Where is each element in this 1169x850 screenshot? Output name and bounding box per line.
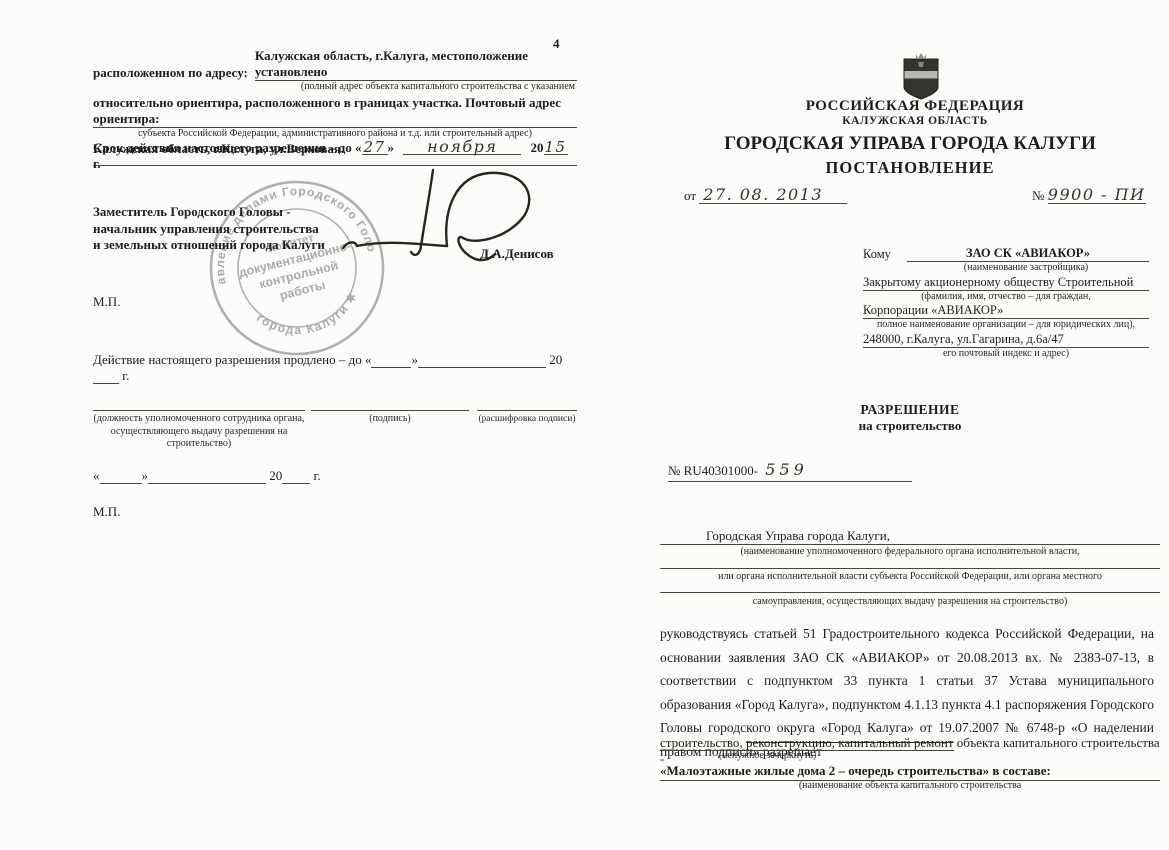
address-label: расположенном по адресу: xyxy=(93,65,248,81)
prolong-suffix: г. xyxy=(122,368,129,383)
authority-name: ГОРОДСКАЯ УПРАВА ГОРОДА КАЛУГИ xyxy=(660,133,1160,155)
permit-number-label: № RU40301000- xyxy=(668,463,758,478)
address-caption-1: (полный адрес объекта капитального строи… xyxy=(93,81,577,94)
date-label: от xyxy=(684,188,696,203)
validity-month-handwritten: ноября xyxy=(403,140,521,155)
issuer-caption-3: самоуправления, осуществляющих выдачу ра… xyxy=(660,593,1160,609)
number-line: № 9900 - ПИ xyxy=(1032,188,1146,204)
issuer-blank-line-1 xyxy=(660,559,1160,569)
issuer-value: Городская Управа города Калуги, xyxy=(660,528,1160,545)
seal-mark-1: М.П. xyxy=(93,294,120,310)
issuer-caption-2: или органа исполнительной власти субъект… xyxy=(660,569,1160,584)
validity-year-prefix: 20 xyxy=(531,140,544,155)
prolongation-line: Действие настоящего разрешения продлено … xyxy=(93,352,577,384)
address-line-2: относительно ориентира, расположенного в… xyxy=(93,95,577,128)
addressee-block: Кому ЗАО СК «АВИАКОР» (наименование заст… xyxy=(863,246,1149,360)
prolong-month-blank xyxy=(418,353,546,368)
works-part-1: строительство, xyxy=(660,735,746,750)
date-line: от 27. 08. 2013 xyxy=(684,188,847,204)
document-type: ПОСТАНОВЛЕНИЕ xyxy=(660,158,1160,178)
works-caption: (ненужное зачеркнуть) xyxy=(660,750,875,763)
issuer-caption-1: (наименование уполномоченного федерально… xyxy=(660,545,1160,559)
validity-suffix: г. xyxy=(93,156,101,171)
column-name: (расшифровка подписи) xyxy=(477,410,577,425)
blank-date-month xyxy=(148,469,266,484)
signature xyxy=(337,164,547,280)
addressee-line-3: Корпорации «АВИАКОР» xyxy=(863,303,1149,319)
region-name: КАЛУЖСКАЯ ОБЛАСТЬ xyxy=(660,115,1169,127)
date-value-handwritten: 27. 08. 2013 xyxy=(699,188,847,204)
column-position: (должность уполномоченного сотрудника ор… xyxy=(93,410,305,451)
country-name: РОССИЙСКАЯ ФЕДЕРАЦИЯ xyxy=(660,98,1169,115)
right-page: РОССИЙСКАЯ ФЕДЕРАЦИЯ КАЛУЖСКАЯ ОБЛАСТЬ Г… xyxy=(660,36,1160,826)
addressee-value: ЗАО СК «АВИАКОР» xyxy=(907,246,1149,262)
permit-number-handwritten: 559 xyxy=(765,460,808,479)
coat-of-arms xyxy=(901,50,941,104)
blank-date-day xyxy=(100,469,142,484)
addressee-line-4: 248000, г.Калуга, ул.Гагарина, д.6а/47 xyxy=(863,332,1149,348)
issuer-blank-line-2 xyxy=(660,583,1160,593)
issuer-block: Городская Управа города Калуги, (наимено… xyxy=(660,528,1160,609)
blank-date-year-prefix: 20 xyxy=(269,468,282,483)
permit-number-line: № RU40301000- 559 xyxy=(668,463,912,482)
column-signature: (подпись) xyxy=(311,410,469,426)
validity-quote: » xyxy=(388,140,395,155)
addressee-caption-1: (наименование застройщика) xyxy=(863,262,1149,275)
addressee-line-2: Закрытому акционерному обществу Строител… xyxy=(863,275,1149,291)
blank-date-line: «» 20 г. xyxy=(93,468,577,484)
blank-date-suffix: г. xyxy=(314,468,321,483)
prolong-year-blank xyxy=(93,369,119,384)
number-label: № xyxy=(1032,188,1044,203)
prolong-day-blank xyxy=(371,353,411,368)
prolong-year-prefix: 20 xyxy=(549,352,562,367)
validity-day-handwritten: 27 xyxy=(362,140,388,155)
seal-mark-2: М.П. xyxy=(93,504,120,520)
validity-prefix: Срок действия настоящего разрешения – до… xyxy=(93,140,362,155)
addressee-caption-4: его почтовый индекс и адрес) xyxy=(863,348,1149,361)
blank-date-year xyxy=(282,469,310,484)
object-caption: (наименование объекта капитального строи… xyxy=(660,780,1160,793)
left-page: 4 расположенном по адресу: Калужская обл… xyxy=(85,36,585,536)
coat-of-arms-icon xyxy=(901,50,941,100)
permit-title: РАЗРЕШЕНИЕ xyxy=(660,402,1160,418)
addressee-caption-2: (фамилия, имя, отчество – для граждан, xyxy=(863,291,1149,304)
addressee-label: Кому xyxy=(863,247,891,262)
signer-name: Д.А.Денисов xyxy=(480,246,554,262)
permit-subtitle: на строительство xyxy=(660,418,1160,434)
address-caption-2: субъекта Российской Федерации, администр… xyxy=(93,128,577,141)
addressee-caption-3: полное наименование организации – для юр… xyxy=(863,319,1149,332)
works-struck-text: реконструкцию, капитальный ремонт xyxy=(746,735,954,750)
object-name: «Малоэтажные жилые дома 2 – очередь стро… xyxy=(660,763,1160,781)
validity-year-handwritten: 15 xyxy=(544,140,568,155)
prolong-prefix: Действие настоящего разрешения продлено … xyxy=(93,352,371,367)
number-value-handwritten: 9900 - ПИ xyxy=(1048,188,1146,204)
address-value: Калужская область, г.Калуга, местоположе… xyxy=(255,48,577,81)
